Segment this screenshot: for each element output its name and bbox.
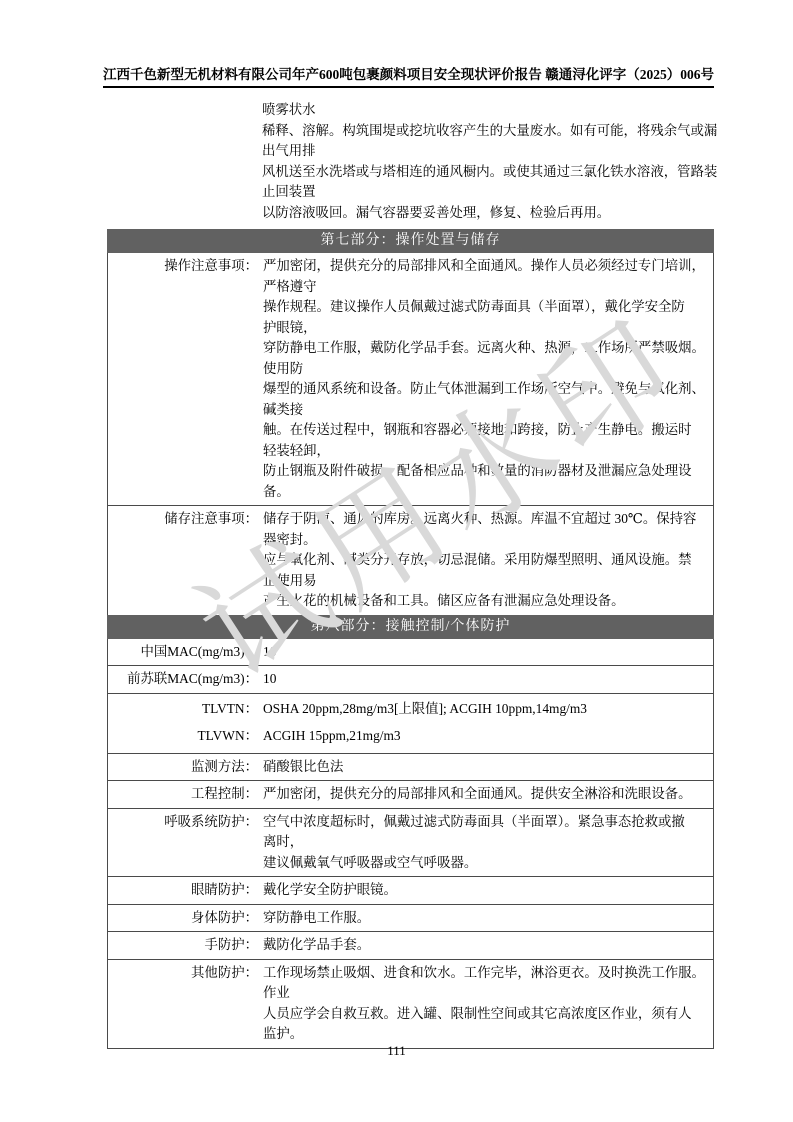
table-row-tlv: TLVTN： OSHA 20ppm,28mg/m3[上限值]; ACGIH 10… xyxy=(108,693,713,753)
row-label: 工程控制： xyxy=(108,784,258,805)
table-row-ussr-mac: 前苏联MAC(mg/m3)： 10 xyxy=(108,665,713,693)
row-value: 穿防静电工作服。 xyxy=(258,908,713,929)
table-row-engineering-control: 工程控制： 严加密闭，提供充分的局部排风和全面通风。提供安全淋浴和洗眼设备。 xyxy=(108,780,713,808)
row-label: 储存注意事项： xyxy=(108,509,258,612)
row-value: 戴化学安全防护眼镜。 xyxy=(258,880,713,901)
row-label: TLVTN： xyxy=(108,699,258,720)
row-label: 前苏联MAC(mg/m3)： xyxy=(108,669,258,690)
row-value: 储存于阴凉、通风的库房。远离火种、热源。库温不宜超过 30℃。保持容 器密封。 … xyxy=(258,509,713,612)
table-row-other-protection: 其他防护： 工作现场禁止吸烟、进食和饮水。工作完毕，淋浴更衣。及时换洗工作服。 … xyxy=(108,959,713,1048)
table-row-storage-precautions: 储存注意事项： 储存于阴凉、通风的库房。远离火种、热源。库温不宜超过 30℃。保… xyxy=(108,505,713,615)
table-row-body-protection: 身体防护： 穿防静电工作服。 xyxy=(108,904,713,932)
row-value: ACGIH 15ppm,21mg/m3 xyxy=(258,726,713,747)
row-label: 中国MAC(mg/m3)： xyxy=(108,642,258,663)
row-label: 手防护： xyxy=(108,935,258,956)
row-value: 硝酸银比色法 xyxy=(258,757,713,778)
table-subrow-tlvtn: TLVTN： OSHA 20ppm,28mg/m3[上限值]; ACGIH 10… xyxy=(108,699,713,720)
section-header-8: 第八部分：接触控制/个体防护 xyxy=(107,615,714,639)
row-value: 严加密闭，提供充分的局部排风和全面通风。操作人员必须经过专门培训， 严格遵守 操… xyxy=(258,256,713,502)
table-subrow-tlvwn: TLVWN： ACGIH 15ppm,21mg/m3 xyxy=(108,726,713,747)
page-number: 111 xyxy=(0,1041,793,1062)
row-label: 呼吸系统防护： xyxy=(108,812,258,874)
table-row-hand-protection: 手防护： 戴防化学品手套。 xyxy=(108,931,713,959)
row-value: 10 xyxy=(258,669,713,690)
document-body: 喷雾状水 稀释、溶解。构筑围堤或挖坑收容产生的大量废水。如有可能，将残余气或漏 … xyxy=(107,89,714,1049)
header-report-title: 江西千色新型无机材料有限公司年产600吨包裹颜料项目安全现状评价报告 xyxy=(103,66,542,83)
section-header-7: 第七部分：操作处置与储存 xyxy=(107,229,714,253)
table-row-operation-precautions: 操作注意事项： 严加密闭，提供充分的局部排风和全面通风。操作人员必须经过专门培训… xyxy=(108,253,713,505)
row-label: 监测方法： xyxy=(108,757,258,778)
row-value: 空气中浓度超标时，佩戴过滤式防毒面具（半面罩）。紧急事态抢救或撤 离时， 建议佩… xyxy=(258,812,713,874)
document-page: 江西千色新型无机材料有限公司年产600吨包裹颜料项目安全现状评价报告 赣通浔化评… xyxy=(0,0,793,1122)
table-row-monitoring-method: 监测方法： 硝酸银比色法 xyxy=(108,753,713,781)
table-row-eye-protection: 眼睛防护： 戴化学安全防护眼镜。 xyxy=(108,876,713,904)
row-label: 身体防护： xyxy=(108,908,258,929)
header-doc-number: 赣通浔化评字（2025）006号 xyxy=(545,66,714,83)
row-value: 严加密闭，提供充分的局部排风和全面通风。提供安全淋浴和洗眼设备。 xyxy=(258,784,713,805)
table-row-respiratory-protection: 呼吸系统防护： 空气中浓度超标时，佩戴过滤式防毒面具（半面罩）。紧急事态抢救或撤… xyxy=(108,808,713,877)
row-label: TLVWN： xyxy=(108,726,258,747)
row-label: 操作注意事项： xyxy=(108,256,258,502)
safety-table: 第七部分：操作处置与储存 操作注意事项： 严加密闭，提供充分的局部排风和全面通风… xyxy=(107,229,714,1049)
row-value: 工作现场禁止吸烟、进食和饮水。工作完毕，淋浴更衣。及时换洗工作服。 作业 人员应… xyxy=(258,963,713,1045)
row-value: 10 xyxy=(258,642,713,663)
page-header: 江西千色新型无机材料有限公司年产600吨包裹颜料项目安全现状评价报告 赣通浔化评… xyxy=(103,66,714,88)
row-label: 其他防护： xyxy=(108,963,258,1045)
row-label: 眼睛防护： xyxy=(108,880,258,901)
row-value: 戴防化学品手套。 xyxy=(258,935,713,956)
table-row-china-mac: 中国MAC(mg/m3)： 10 xyxy=(108,639,713,666)
row-value: OSHA 20ppm,28mg/m3[上限值]; ACGIH 10ppm,14m… xyxy=(258,699,713,720)
intro-paragraph: 喷雾状水 稀释、溶解。构筑围堤或挖坑收容产生的大量废水。如有可能，将残余气或漏 … xyxy=(262,100,744,223)
